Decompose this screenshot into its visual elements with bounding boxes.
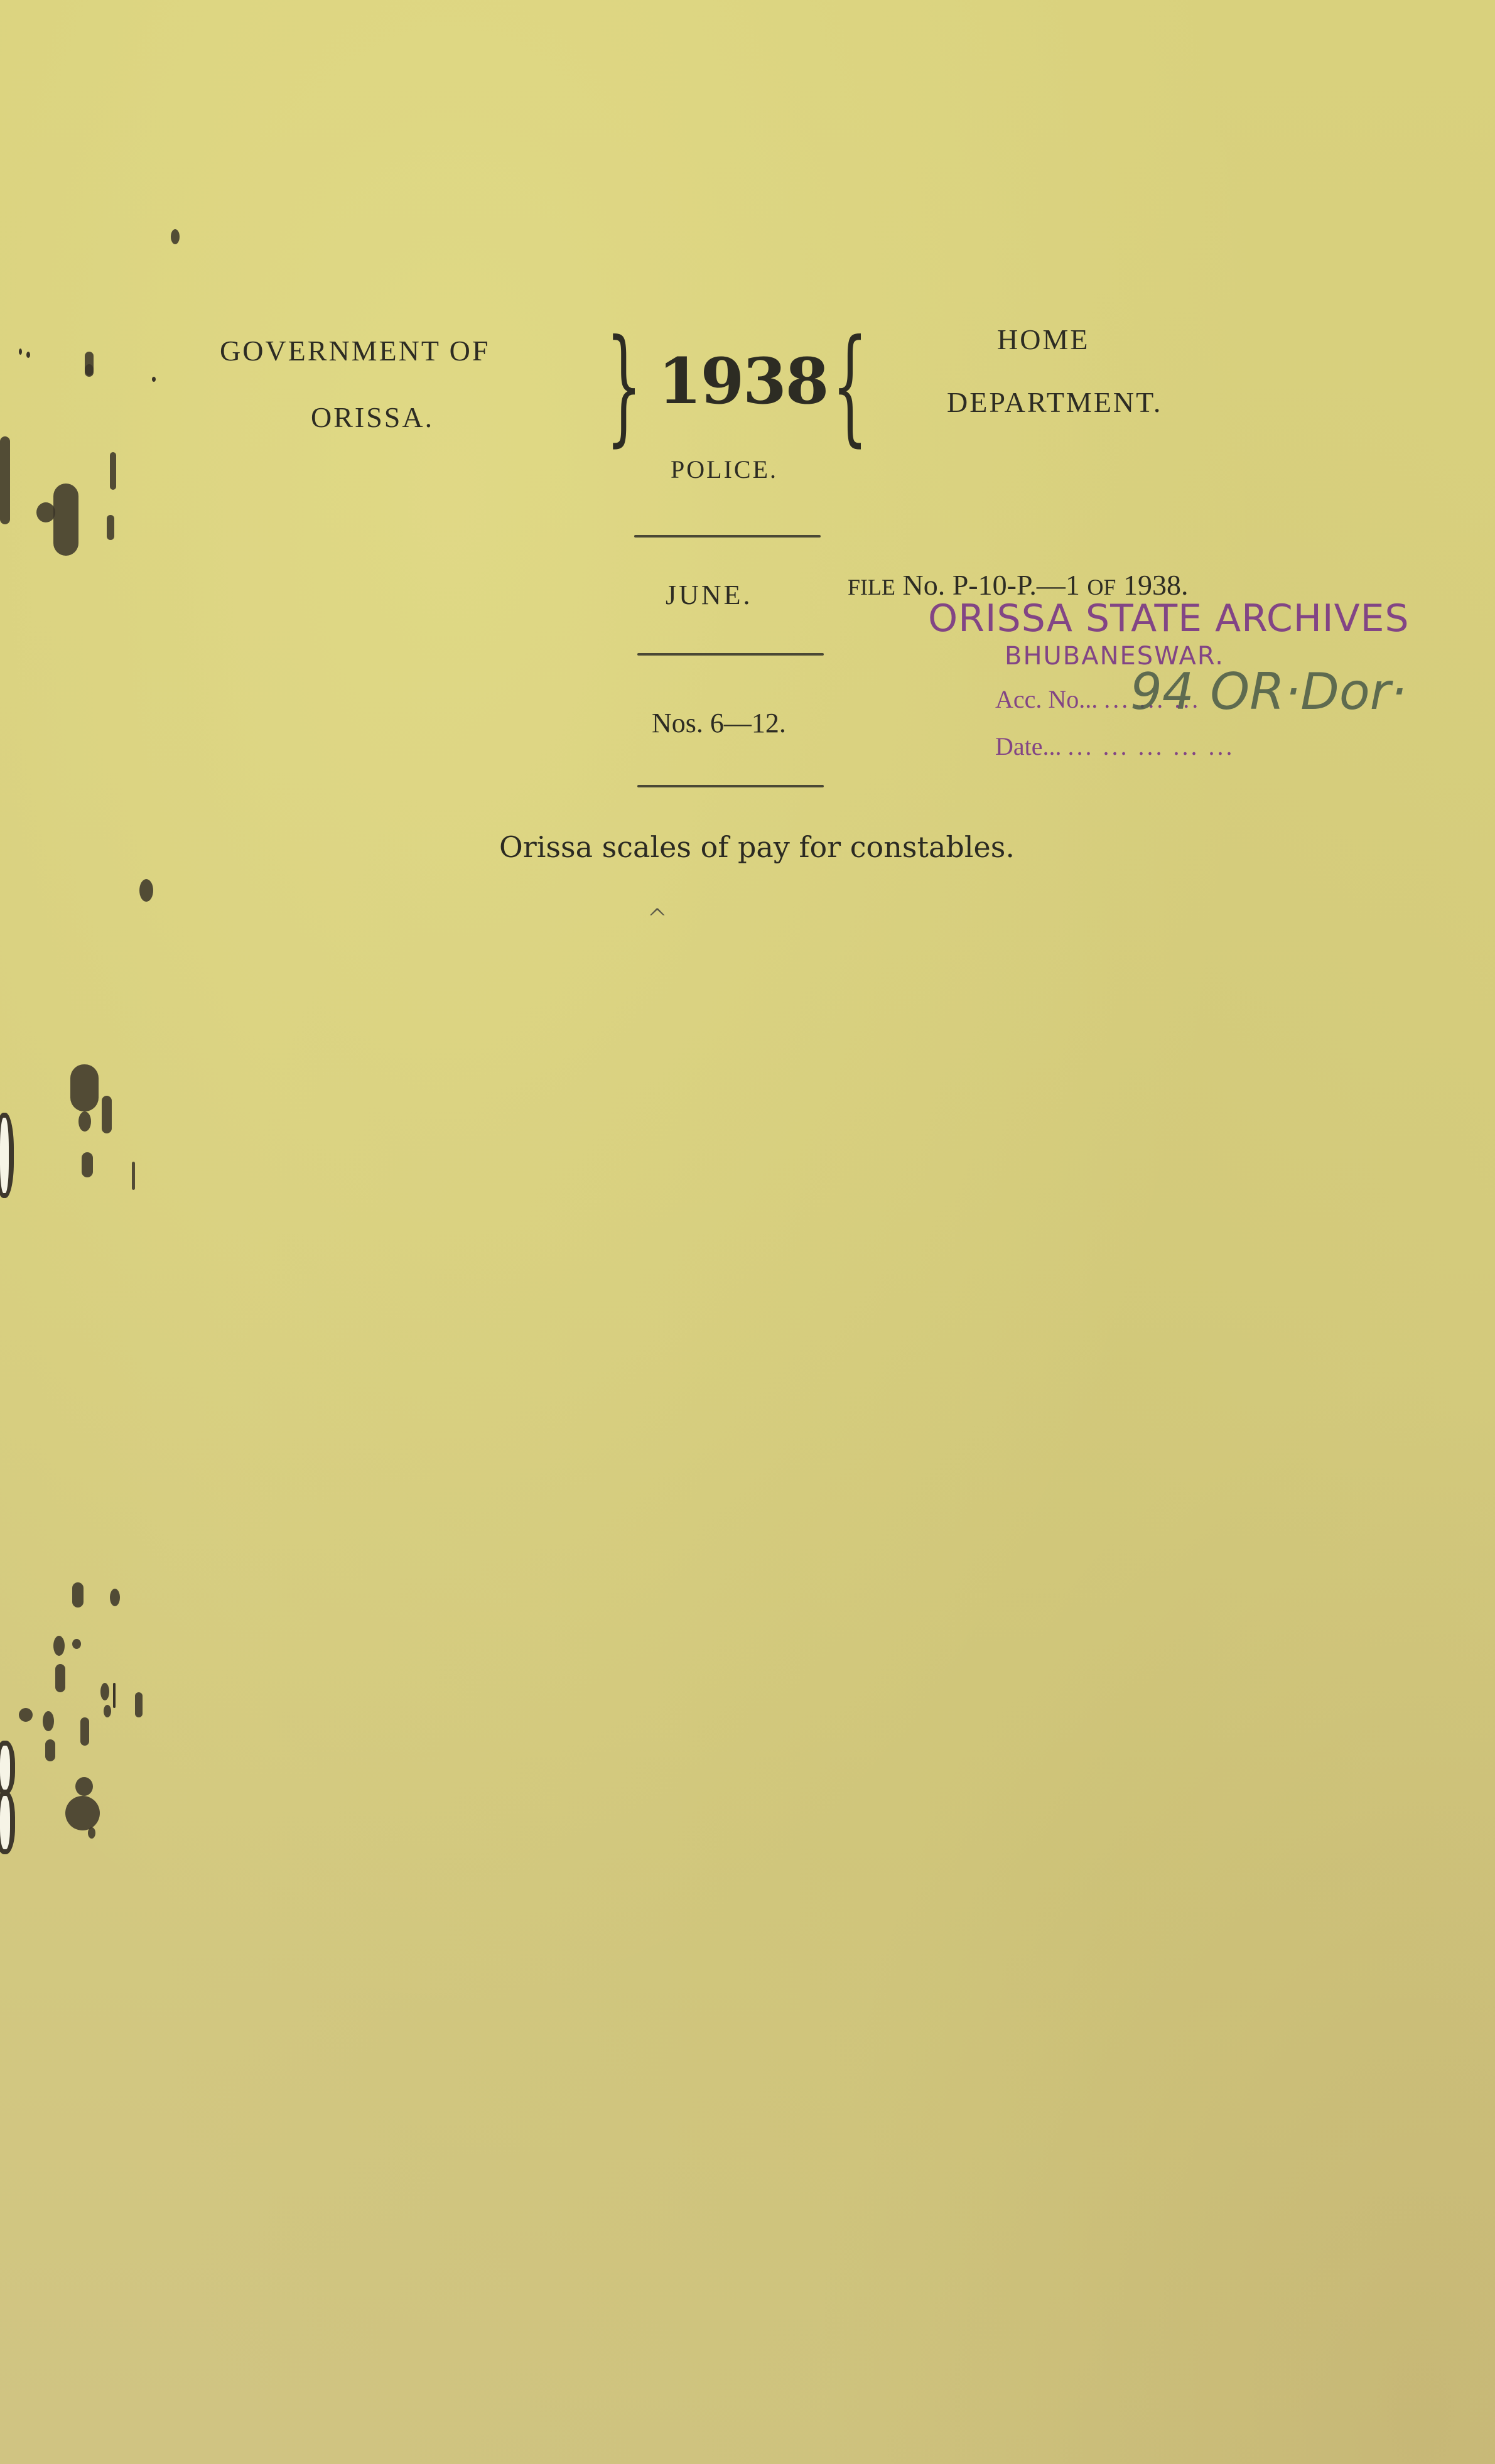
branch-label: POLICE. bbox=[671, 455, 778, 484]
file-of: of bbox=[1087, 575, 1116, 600]
proceedings-numbers: Nos. 6—12. bbox=[652, 707, 786, 739]
year-heading: 1938 bbox=[658, 344, 828, 418]
month-label: JUNE. bbox=[666, 579, 753, 611]
right-brace-icon: { bbox=[832, 323, 868, 449]
state-label: ORISSA. bbox=[311, 401, 434, 434]
pencil-mark-icon: ^ bbox=[647, 904, 668, 933]
file-subject: Orissa scales of pay for constables. bbox=[499, 830, 1015, 864]
department-label-line1: HOME bbox=[997, 323, 1089, 356]
divider-rule bbox=[637, 785, 824, 787]
government-label: GOVERNMENT OF bbox=[220, 334, 490, 367]
archive-stamp-title: ORISSA STATE ARCHIVES bbox=[928, 597, 1410, 640]
date-label: Date... bbox=[995, 732, 1062, 760]
handwritten-accession-number: 94 OR·Dor· bbox=[1130, 662, 1406, 721]
divider-rule bbox=[637, 653, 824, 656]
left-brace-icon: } bbox=[606, 323, 642, 449]
divider-rule bbox=[634, 535, 821, 538]
file-prefix: File bbox=[848, 575, 895, 600]
department-label-line2: DEPARTMENT. bbox=[947, 386, 1162, 419]
archive-stamp-date: Date... ... ... ... ... ... bbox=[995, 732, 1235, 761]
date-dots: ... ... ... ... ... bbox=[1068, 732, 1235, 760]
acc-label: Acc. No... bbox=[995, 685, 1098, 713]
